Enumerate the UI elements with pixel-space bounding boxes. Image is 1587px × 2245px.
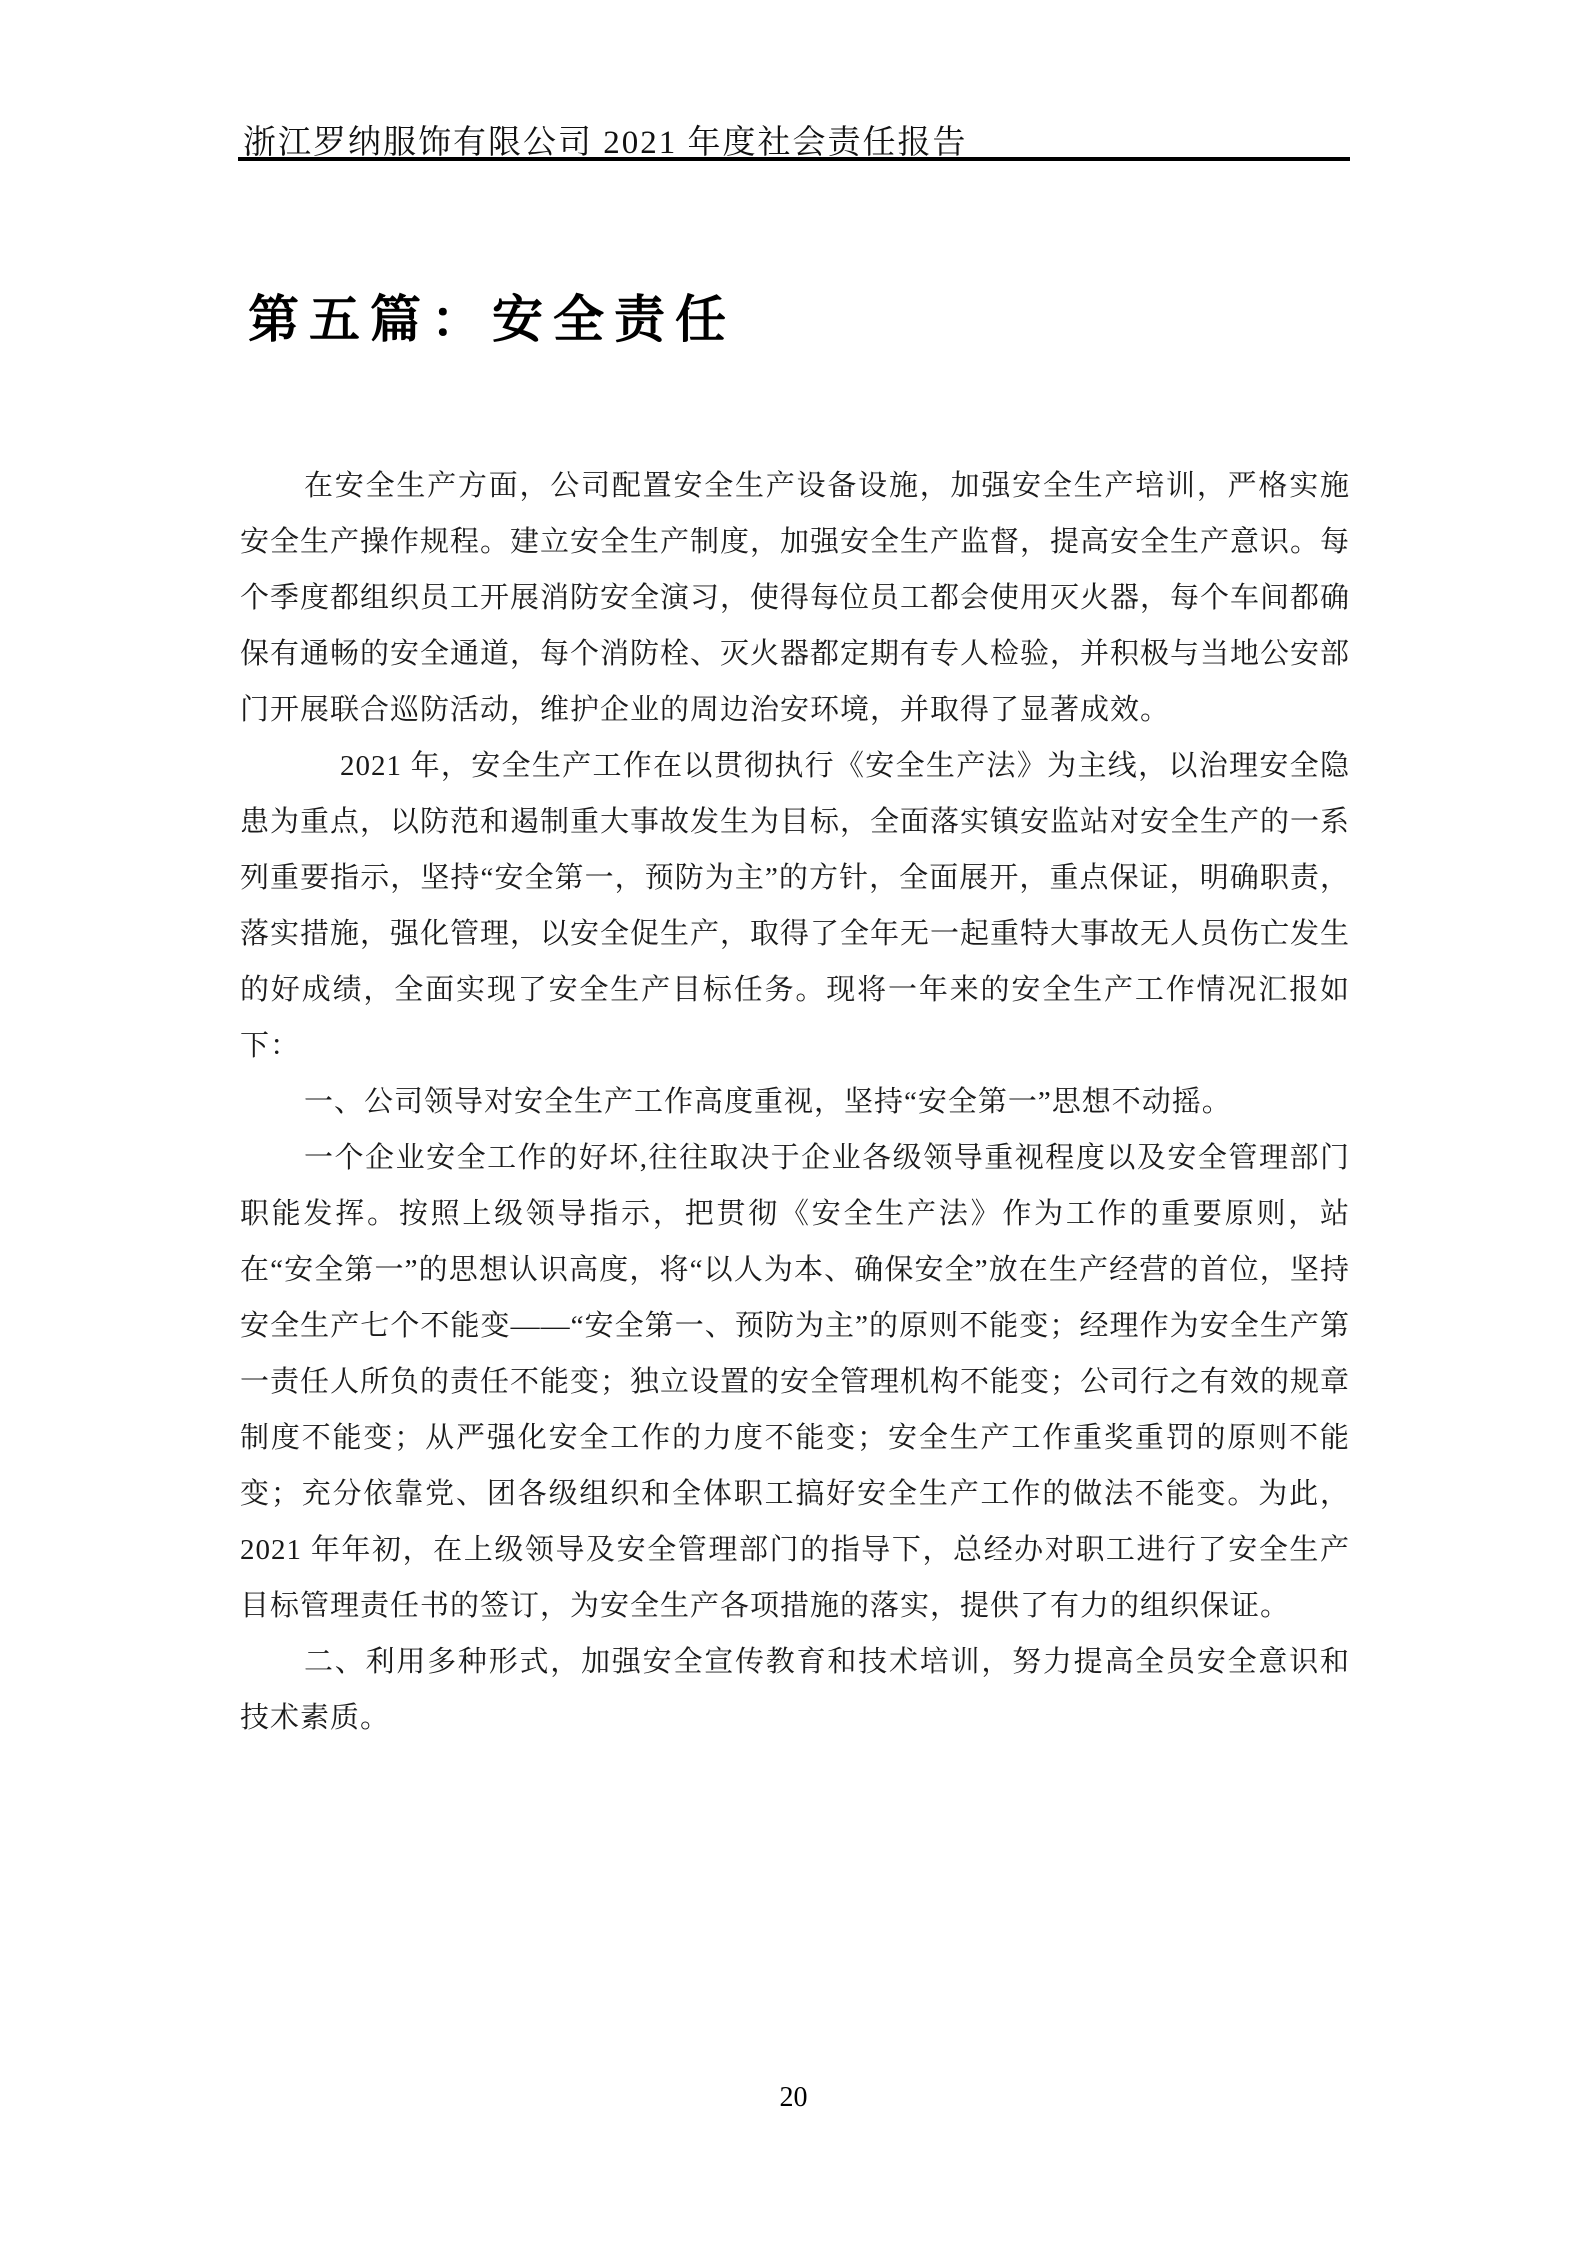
- body-text: 在安全生产方面，公司配置安全生产设备设施，加强安全生产培训，严格实施安全生产操作…: [240, 458, 1350, 1746]
- paragraph-1: 在安全生产方面，公司配置安全生产设备设施，加强安全生产培训，严格实施安全生产操作…: [240, 458, 1350, 738]
- paragraph-2: 2021 年，安全生产工作在以贯彻执行《安全生产法》为主线，以治理安全隐患为重点…: [240, 738, 1350, 1074]
- paragraph-5: 二、利用多种形式，加强安全宣传教育和技术培训，努力提高全员安全意识和技术素质。: [240, 1634, 1350, 1746]
- section-title: 第五篇：安全责任: [248, 278, 736, 352]
- header-divider: [238, 157, 1350, 161]
- page-number: 20: [0, 2082, 1587, 2114]
- document-page: 浙江罗纳服饰有限公司 2021 年度社会责任报告 第五篇：安全责任 在安全生产方…: [0, 0, 1587, 2245]
- report-header-title: 浙江罗纳服饰有限公司 2021 年度社会责任报告: [243, 116, 1353, 163]
- paragraph-3: 一、公司领导对安全生产工作高度重视，坚持“安全第一”思想不动摇。: [240, 1074, 1350, 1130]
- paragraph-4: 一个企业安全工作的好坏,往往取决于企业各级领导重视程度以及安全管理部门职能发挥。…: [240, 1130, 1350, 1634]
